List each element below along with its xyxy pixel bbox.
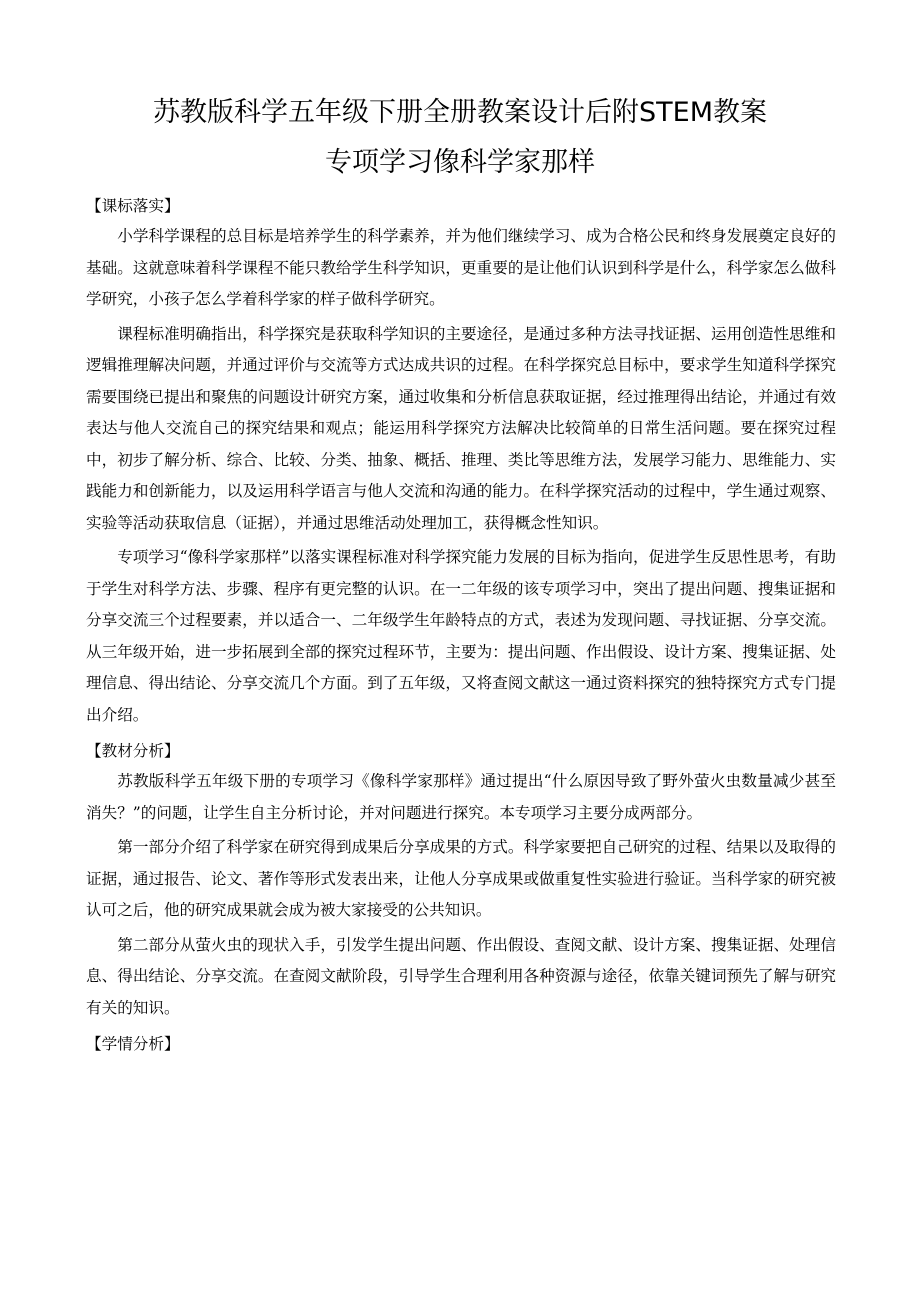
- section-curriculum-standards: 【课标落实】 小学科学课程的总目标是培养学生的科学素养，并为他们继续学习、成为合…: [86, 192, 836, 731]
- document-title: 苏教版科学五年级下册全册教案设计后附STEM教案: [0, 90, 920, 129]
- section-heading: 【教材分析】: [86, 737, 836, 766]
- section-student-analysis: 【学情分析】: [86, 1030, 836, 1059]
- section-heading: 【学情分析】: [86, 1030, 836, 1059]
- paragraph: 苏教版科学五年级下册的专项学习《像科学家那样》通过提出“什么原因导致了野外萤火虫…: [86, 766, 836, 829]
- section-heading: 【课标落实】: [86, 192, 836, 221]
- paragraph: 专项学习“像科学家那样”以落实课程标准对科学探究能力发展的目标为指向，促进学生反…: [86, 542, 836, 731]
- section-textbook-analysis: 【教材分析】 苏教版科学五年级下册的专项学习《像科学家那样》通过提出“什么原因导…: [86, 737, 836, 1024]
- paragraph: 第一部分介绍了科学家在研究得到成果后分享成果的方式。科学家要把自己研究的过程、结…: [86, 832, 836, 927]
- paragraph: 小学科学课程的总目标是培养学生的科学素养，并为他们继续学习、成为合格公民和终身发…: [86, 221, 836, 316]
- paragraph: 第二部分从萤火虫的现状入手，引发学生提出问题、作出假设、查阅文献、设计方案、搜集…: [86, 930, 836, 1025]
- document-body: 【课标落实】 小学科学课程的总目标是培养学生的科学素养，并为他们继续学习、成为合…: [86, 192, 836, 1065]
- paragraph: 课程标准明确指出，科学探究是获取科学知识的主要途径，是通过多种方法寻找证据、运用…: [86, 319, 836, 540]
- document-subtitle: 专项学习像科学家那样: [0, 140, 920, 179]
- document-page: 苏教版科学五年级下册全册教案设计后附STEM教案 专项学习像科学家那样 【课标落…: [0, 0, 920, 1301]
